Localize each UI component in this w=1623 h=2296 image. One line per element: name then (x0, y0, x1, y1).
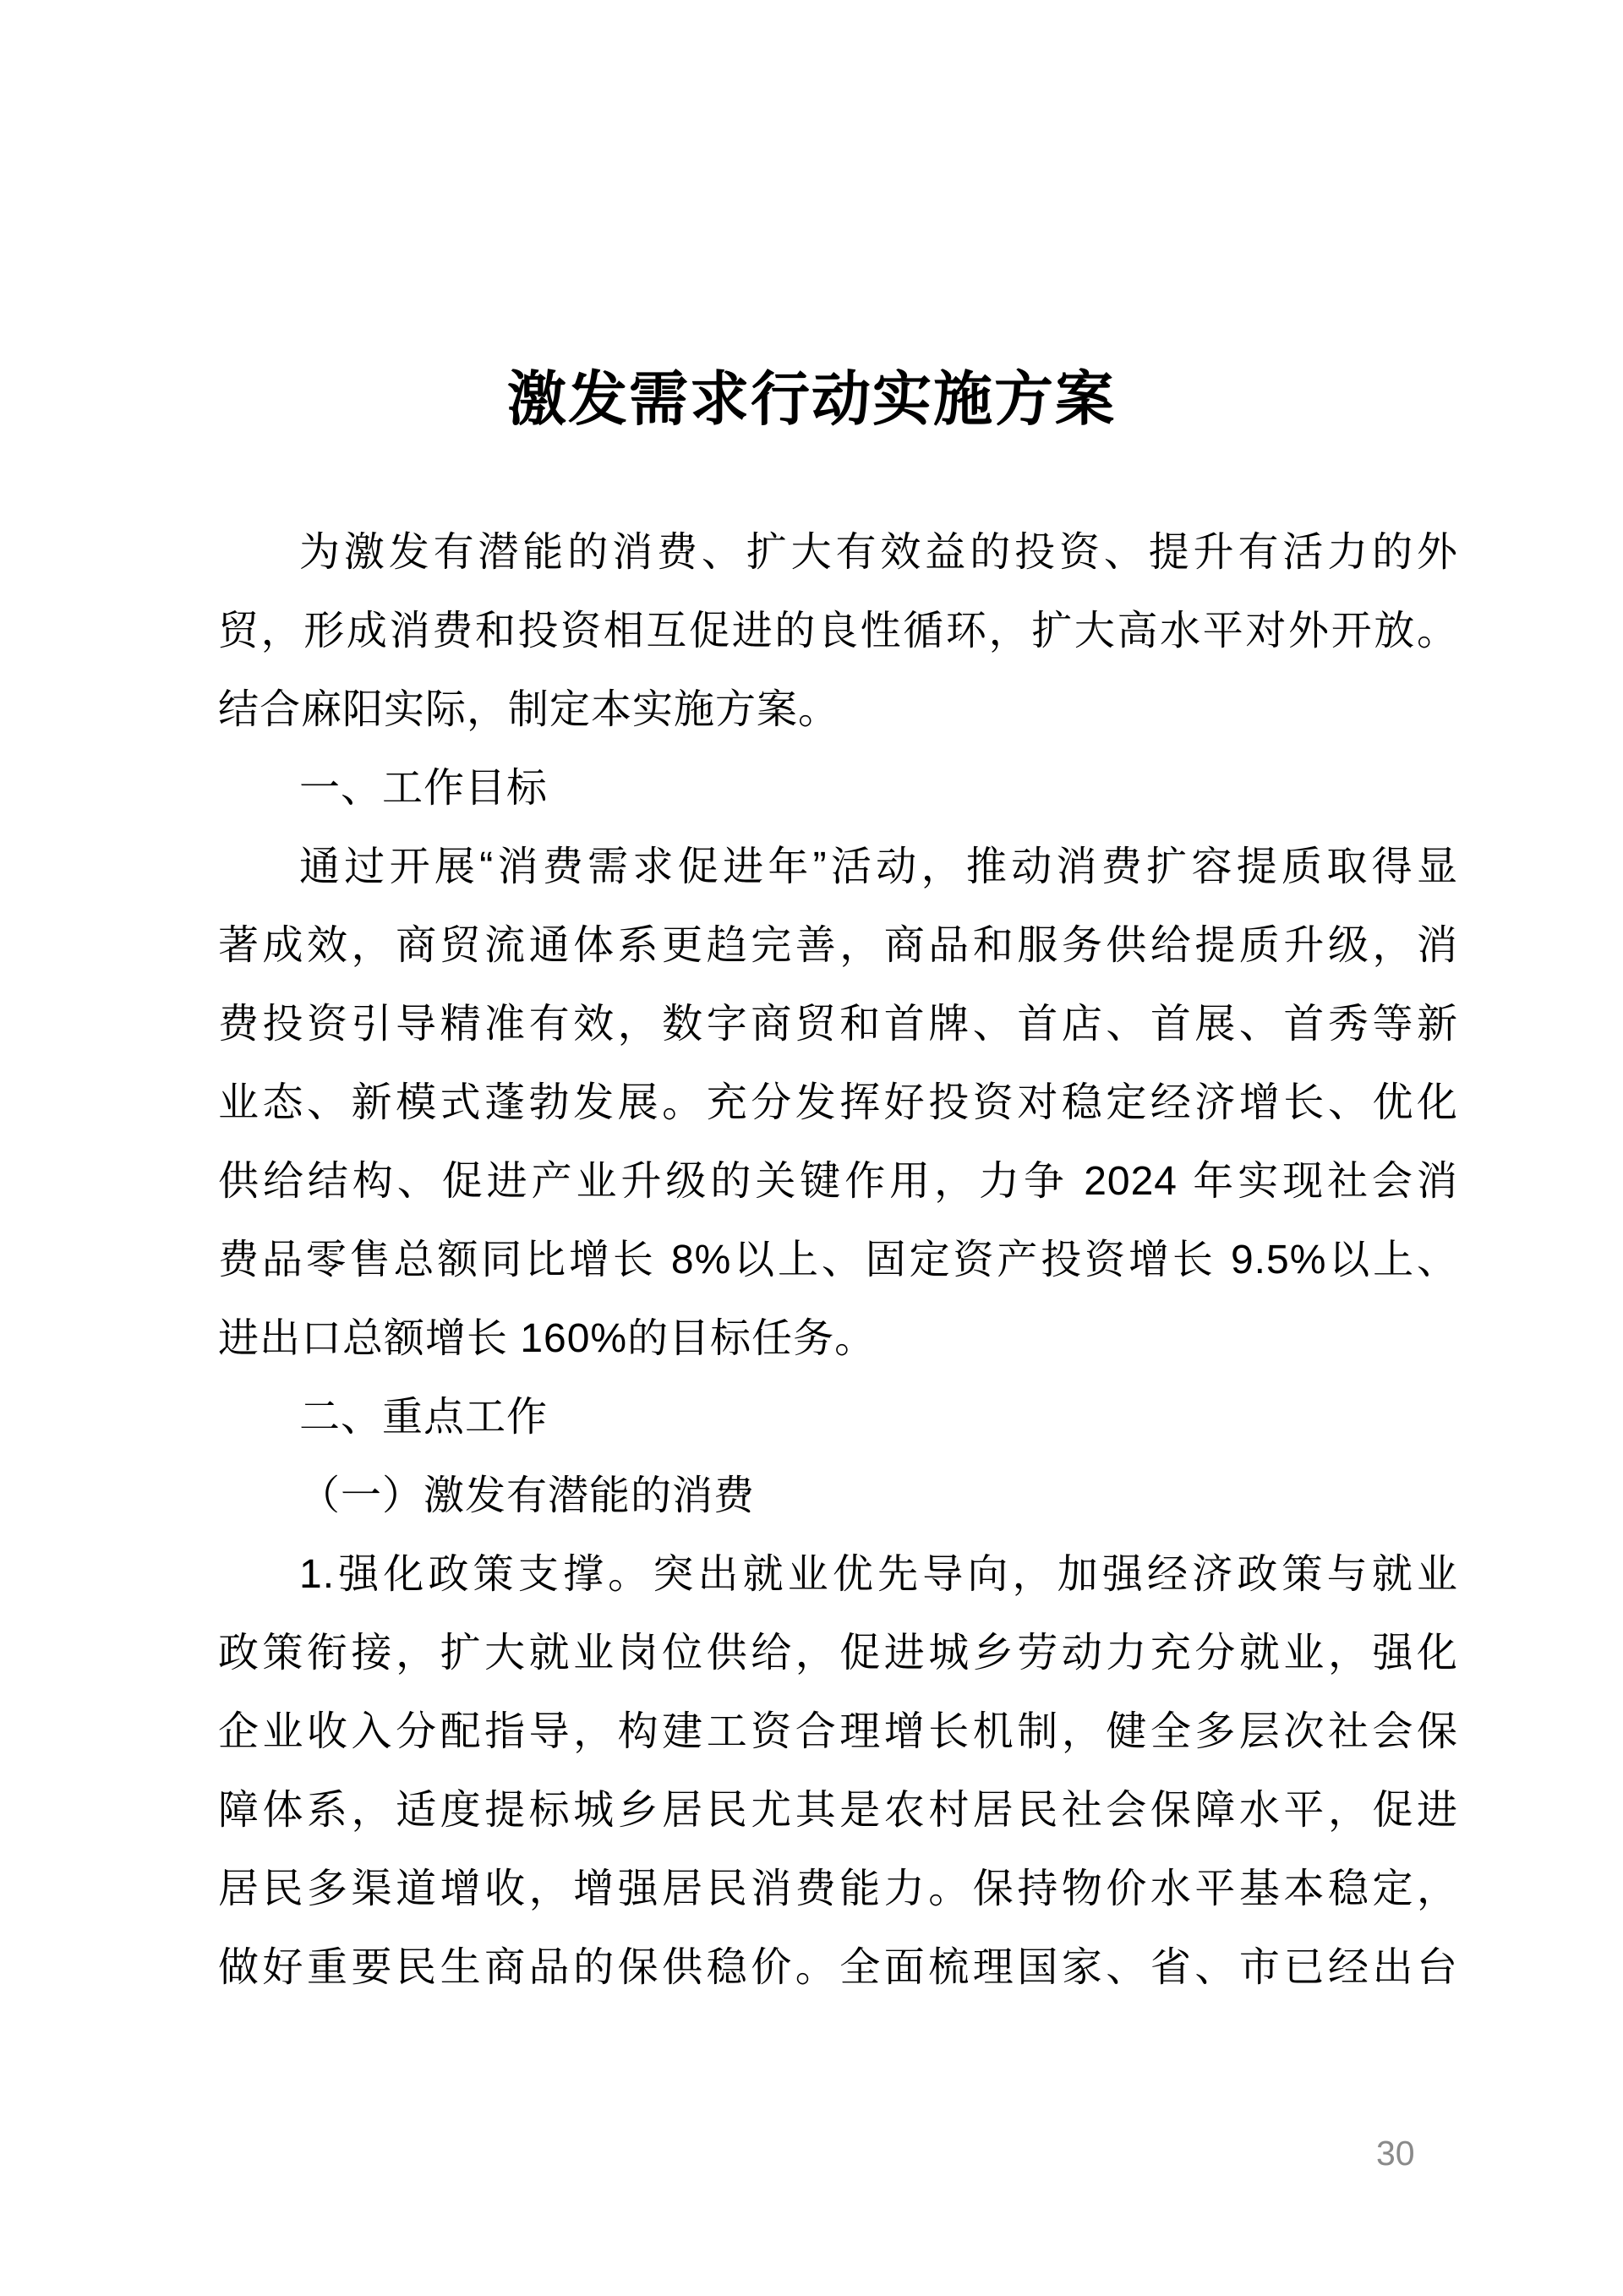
text-line: 做好重要民生商品的保供稳价。全面梳理国家、省、市已经出台 (218, 1928, 1458, 2007)
text-line: 障体系，适度提标城乡居民尤其是农村居民社会保障水平，促进 (218, 1771, 1458, 1850)
text-line: 费投资引导精准有效，数字商贸和首牌、首店、首展、首秀等新 (218, 985, 1458, 1063)
text-line: 贸，形成消费和投资相互促进的良性循环，扩大高水平对外开放。 (218, 592, 1458, 670)
text-line: 企业收入分配指导，构建工资合理增长机制，健全多层次社会保 (218, 1692, 1458, 1771)
heading-line: （一）激发有潜能的消费 (218, 1457, 1458, 1535)
text-line: 为激发有潜能的消费、扩大有效益的投资、提升有活力的外 (218, 513, 1458, 592)
heading-line: 二、重点工作 (218, 1378, 1458, 1457)
text-line: 供给结构、促进产业升级的关键作用，力争 2024 年实现社会消 (218, 1142, 1458, 1221)
document-page: 激发需求行动实施方案 为激发有潜能的消费、扩大有效益的投资、提升有活力的外贸，形… (0, 0, 1623, 2296)
text-line: 著成效，商贸流通体系更趋完善，商品和服务供给提质升级，消 (218, 906, 1458, 985)
document-body: 为激发有潜能的消费、扩大有效益的投资、提升有活力的外贸，形成消费和投资相互促进的… (218, 513, 1458, 2007)
document-title: 激发需求行动实施方案 (0, 360, 1623, 439)
heading-line: 一、工作目标 (218, 749, 1458, 828)
text-line: 费品零售总额同比增长 8%以上、固定资产投资增长 9.5%以上、 (218, 1221, 1458, 1299)
text-line: 进出口总额增长 160%的目标任务。 (218, 1299, 1458, 1378)
text-line: 政策衔接，扩大就业岗位供给，促进城乡劳动力充分就业，强化 (218, 1614, 1458, 1692)
page-number: 30 (1376, 2136, 1415, 2171)
text-line: 居民多渠道增收，增强居民消费能力。保持物价水平基本稳定， (218, 1850, 1458, 1928)
text-line: 1.强化政策支撑。突出就业优先导向，加强经济政策与就业 (218, 1535, 1458, 1614)
text-line: 结合麻阳实际，制定本实施方案。 (218, 670, 1458, 749)
text-line: 业态、新模式蓬勃发展。充分发挥好投资对稳定经济增长、优化 (218, 1063, 1458, 1142)
text-line: 通过开展“消费需求促进年”活动，推动消费扩容提质取得显 (218, 828, 1458, 906)
